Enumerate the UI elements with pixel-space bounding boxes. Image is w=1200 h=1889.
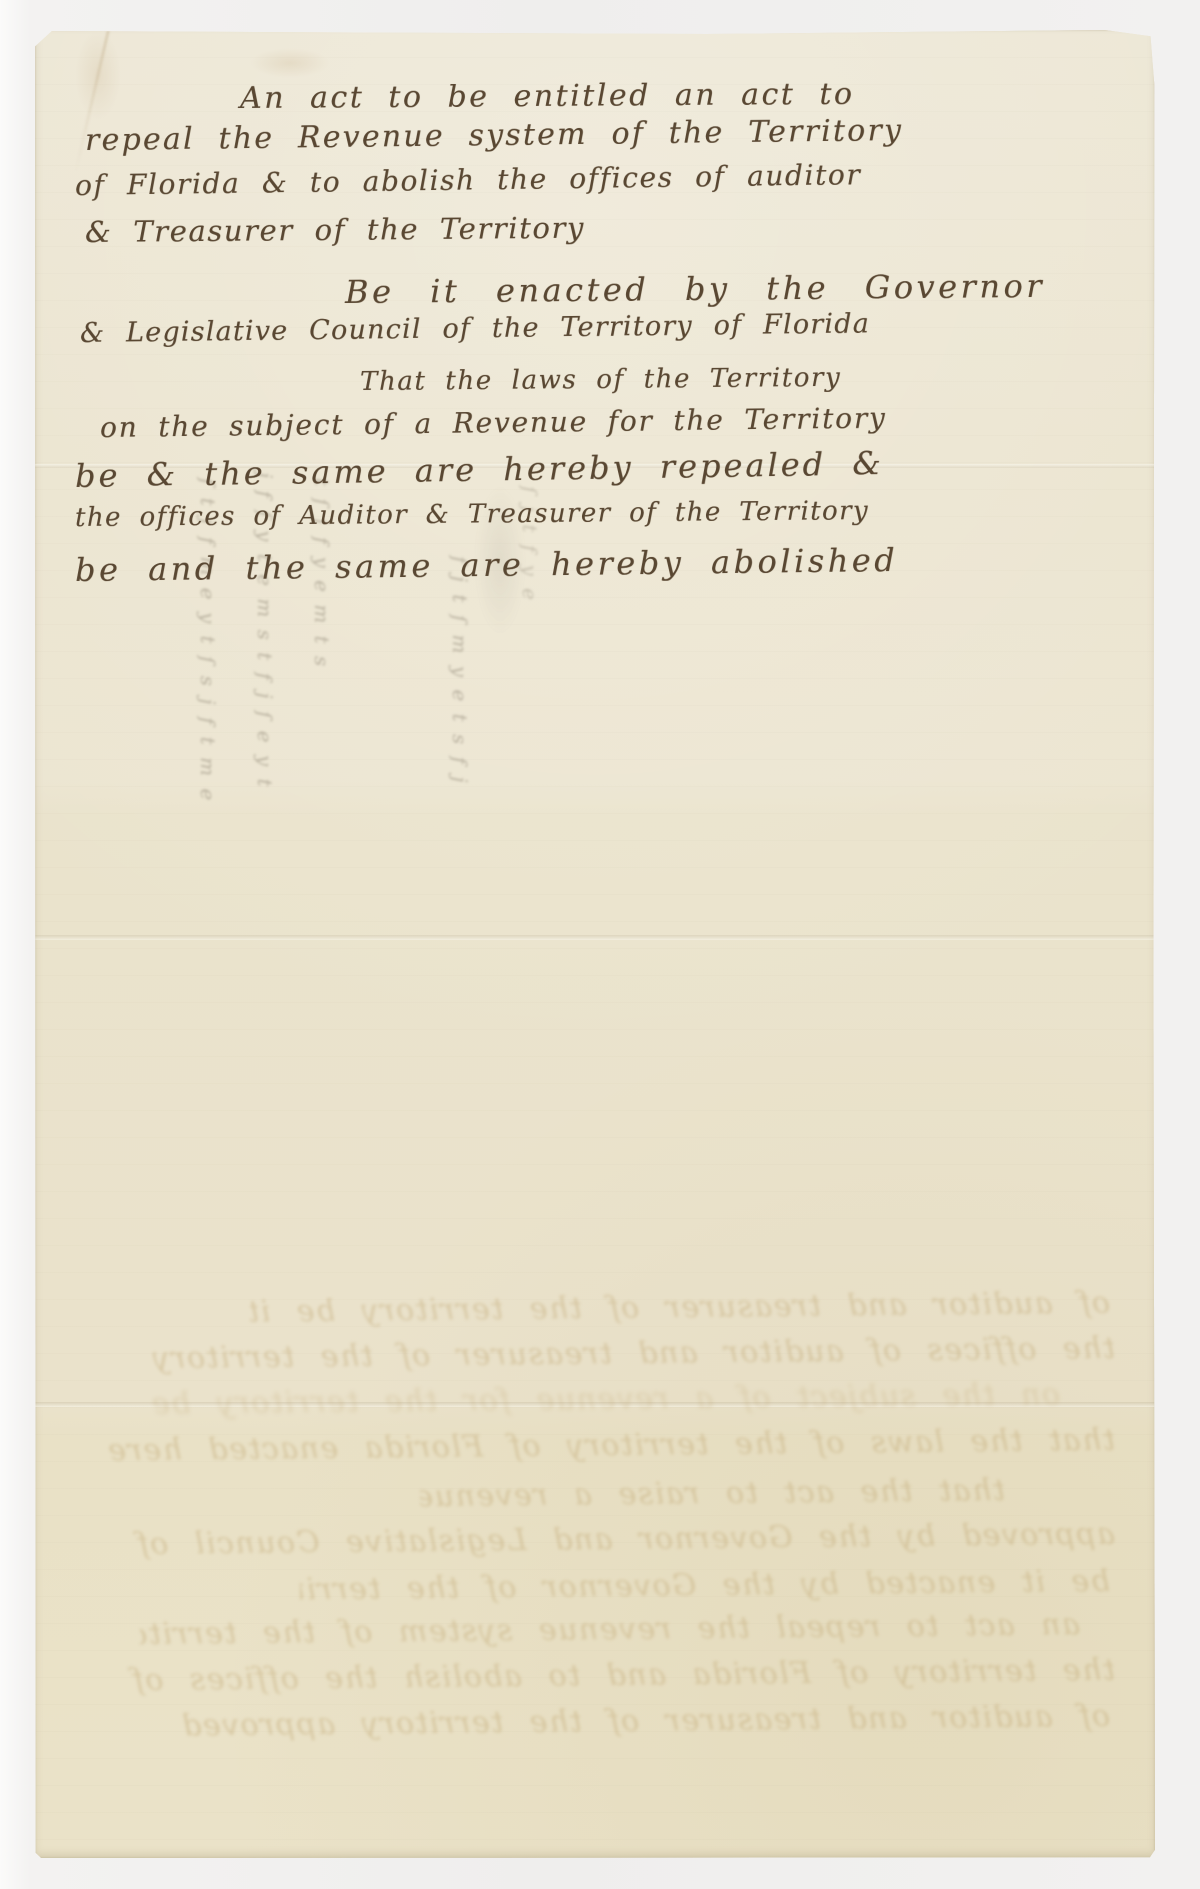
verso-show-through-line: the territory of Florida and to abolish …	[95, 1653, 1115, 1699]
manuscript-line-11: be and the same are hereby abolished	[75, 542, 899, 589]
verso-show-through-column: f j t ſ m y e t s f j	[448, 556, 472, 786]
manuscript-line-1: An act to be entitled an act to	[240, 78, 855, 117]
verso-show-through-line: on the subject of a revenue for the terr…	[120, 1377, 1060, 1422]
fold-crease-middle	[35, 935, 1155, 940]
verso-show-through-line: be it enacted by the Governor of the ter…	[300, 1564, 1110, 1607]
paper-stain	[250, 48, 330, 78]
verso-show-through-line: of auditor and treasurer of the territor…	[250, 1285, 1110, 1329]
manuscript-line-6: & Legislative Council of the Territory o…	[80, 308, 870, 349]
paper-stain	[75, 30, 121, 120]
manuscript-line-7: That the laws of the Territory	[360, 364, 842, 398]
verso-show-through-line: approved by the Governor and Legislative…	[95, 1517, 1115, 1563]
verso-show-through-line: an act to repeal the revenue system of t…	[140, 1607, 1080, 1652]
verso-show-through-line: that the laws of the territory of Florid…	[95, 1423, 1115, 1469]
manuscript-line-9: be & the same are hereby repealed &	[75, 445, 884, 494]
manuscript-line-4: & Treasurer of the Territory	[85, 212, 585, 250]
manuscript-page: ſ t j f m e y t ſ s j f t m e j f ſ y t …	[35, 30, 1155, 1858]
verso-show-through-line: the offices of auditor and treasurer of …	[150, 1331, 1115, 1376]
verso-show-through-line: that the act to raise a revenue	[420, 1473, 1005, 1514]
manuscript-line-8: on the subject of a Revenue for the Terr…	[100, 402, 887, 444]
document-scan: ſ t j f m e y t ſ s j f t m e j f ſ y t …	[0, 0, 1200, 1889]
manuscript-line-3: of Florida & to abolish the offices of a…	[75, 159, 862, 202]
manuscript-line-10: the offices of Auditor & Treasurer of th…	[75, 497, 869, 534]
manuscript-line-2: repeal the Revenue system of the Territo…	[85, 114, 904, 158]
verso-show-through-line: of auditor and treasurer of the territor…	[95, 1699, 1110, 1745]
manuscript-line-5: Be it enacted by the Governor	[345, 268, 1045, 311]
